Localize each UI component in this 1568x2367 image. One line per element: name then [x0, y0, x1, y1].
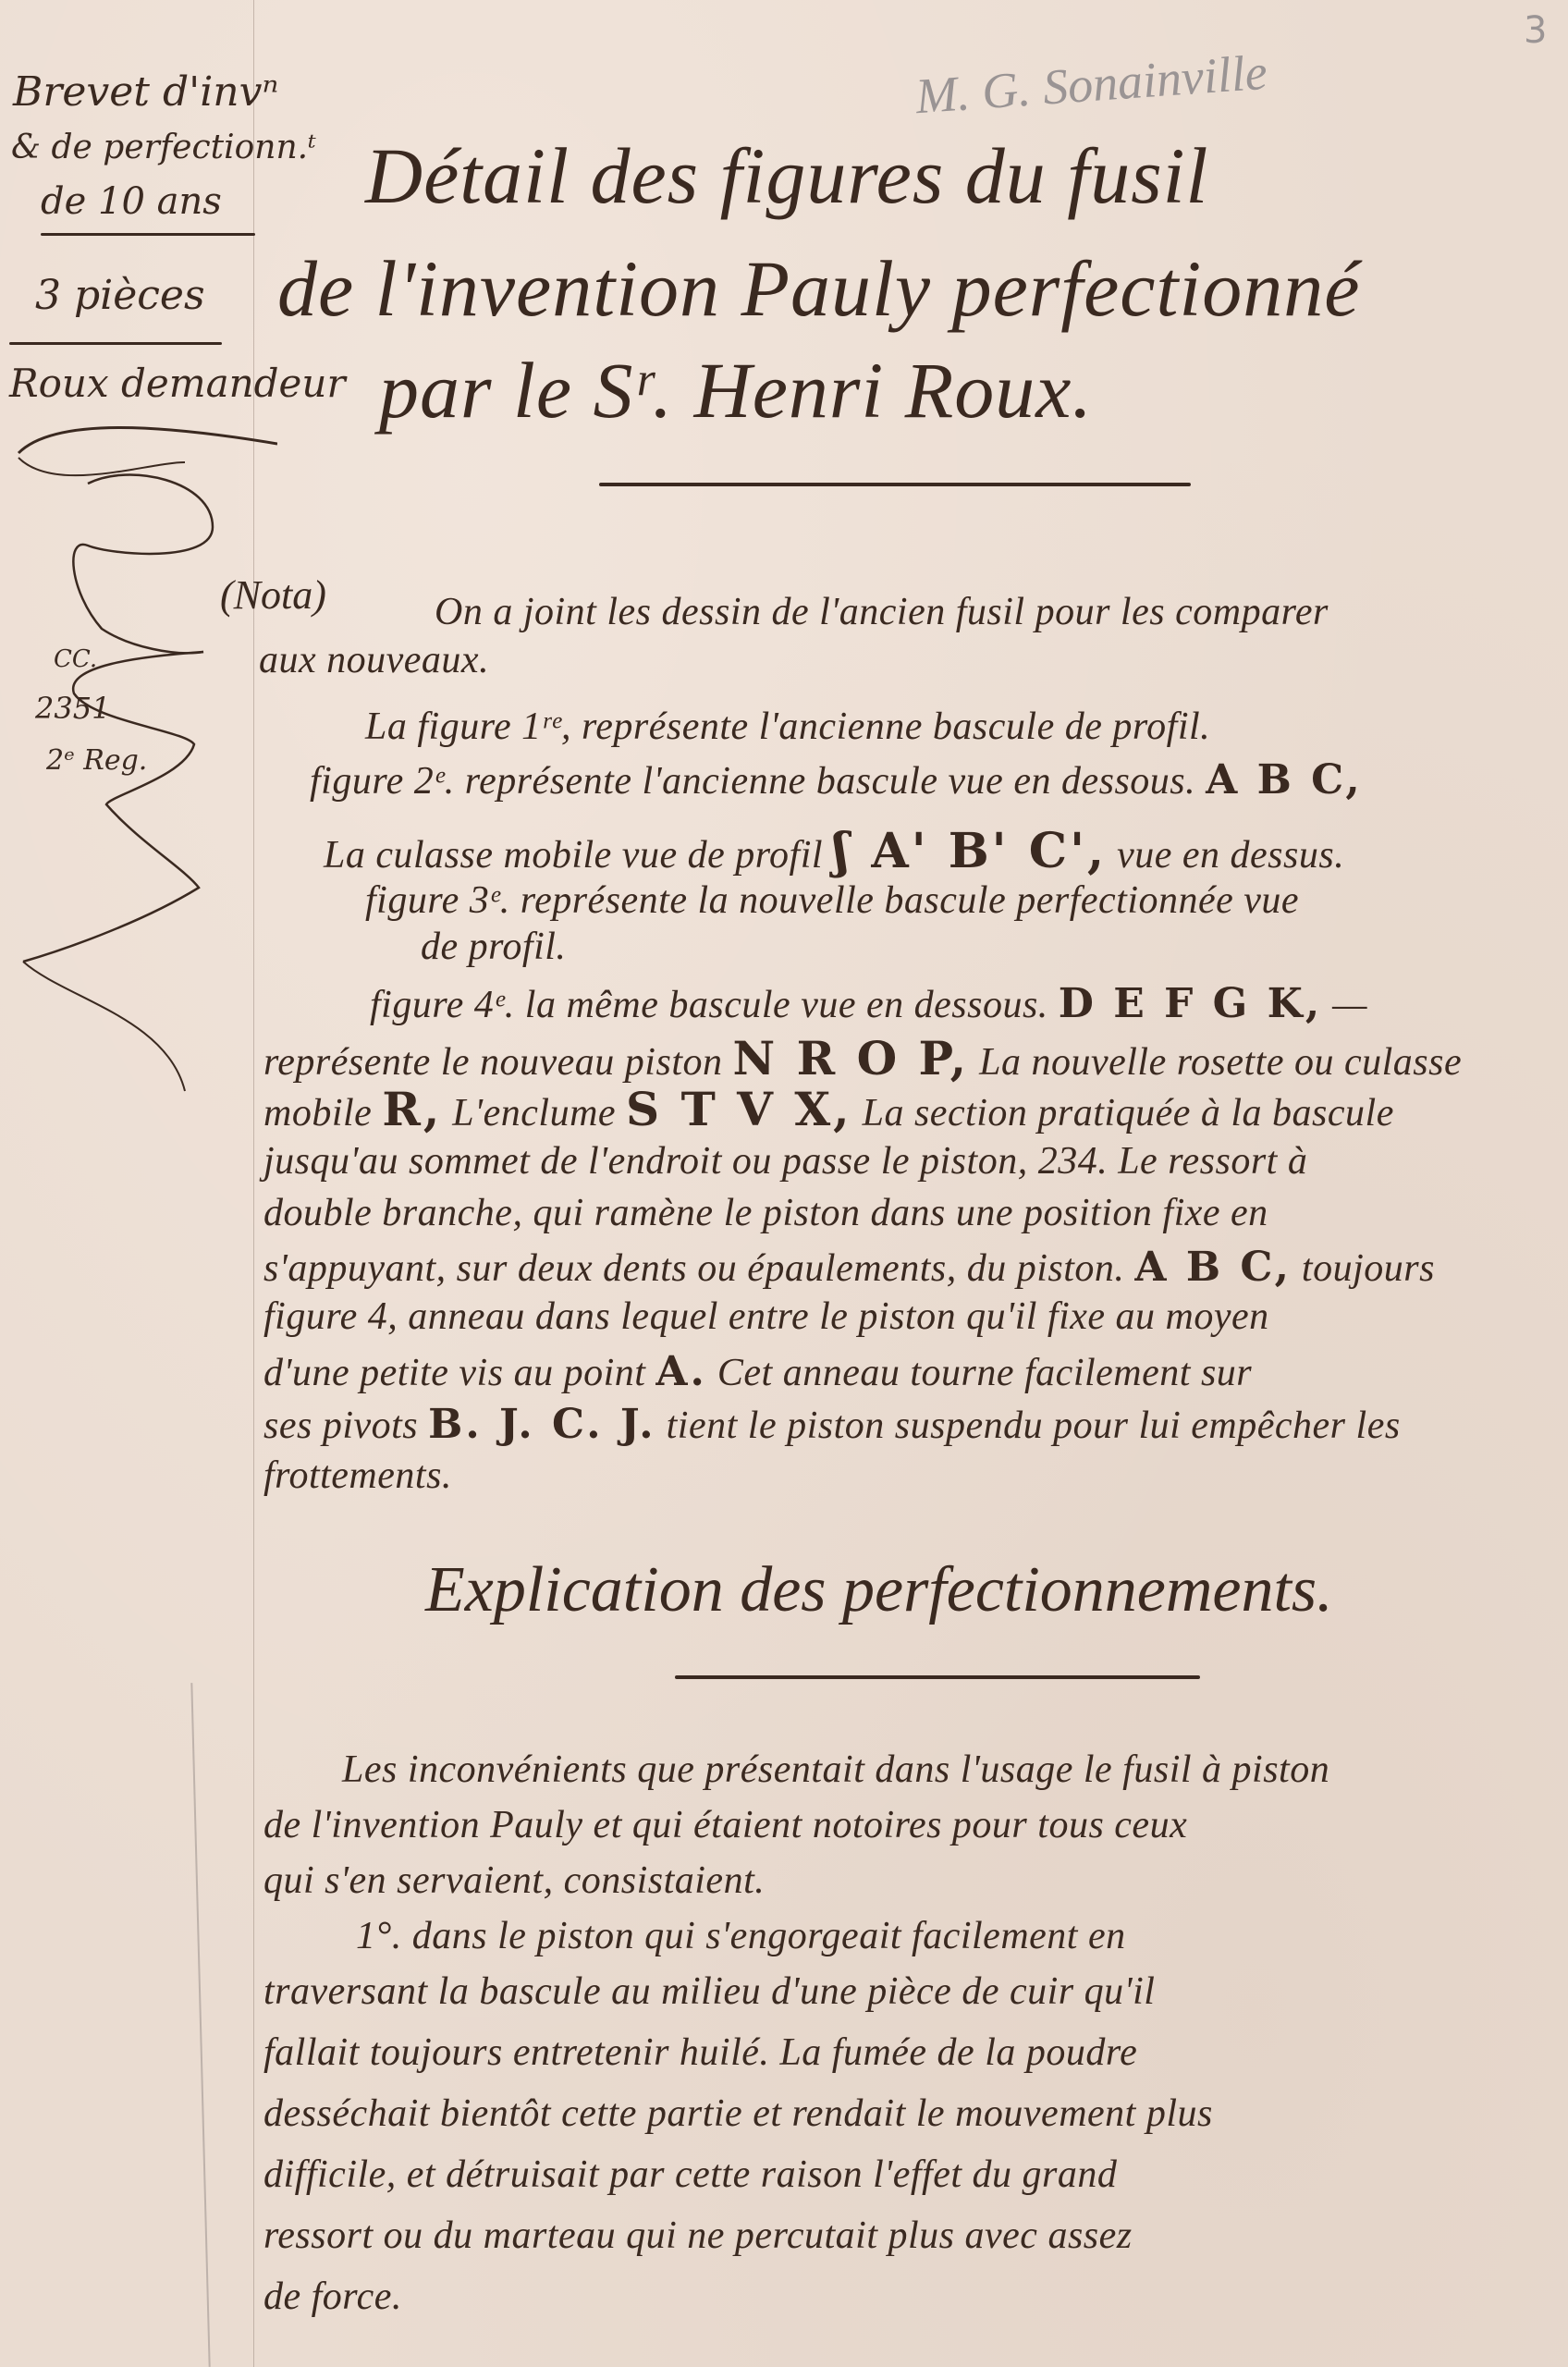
registry-reg: 2ᵉ Reg.	[46, 747, 147, 775]
margin-note-duration: de 10 ans	[41, 183, 222, 220]
figure-line: s'appuyant, sur deux dents ou épaulement…	[263, 1244, 1435, 1291]
figure-line: représente le nouveau piston N R O P, La…	[263, 1031, 1462, 1085]
figure-line: jusqu'au sommet de l'endroit ou passe le…	[263, 1139, 1307, 1183]
registry-number: 2351	[35, 693, 110, 723]
paragraph-line: ressort ou du marteau qui ne percutait p…	[263, 2214, 1133, 2258]
paragraph-line: qui s'en servaient, consistaient.	[263, 1858, 765, 1903]
title-line-2: de l'invention Pauly perfectionné	[277, 242, 1360, 335]
page-number: 3	[1524, 9, 1547, 52]
margin-note-pieces: 3 pièces	[35, 276, 205, 316]
title-line-1: Détail des figures du fusil	[365, 129, 1208, 222]
paragraph-line: traversant la bascule au milieu d'une pi…	[263, 1969, 1155, 2014]
margin-rule-2	[9, 342, 222, 345]
figure-line: La culasse mobile vue de profil ʃ A' B' …	[324, 823, 1344, 879]
paragraph-line: fallait toujours entretenir huilé. La fu…	[263, 2030, 1137, 2075]
figure-line: ses pivots B. J. C. J. tient le piston s…	[263, 1401, 1401, 1448]
nota-label: (Nota)	[220, 571, 326, 619]
figure-line: frottements.	[263, 1453, 452, 1498]
title-line-3: par le Sʳ. Henri Roux.	[379, 344, 1093, 436]
figure-line: d'une petite vis au point A. Cet anneau …	[263, 1348, 1252, 1395]
figure-line: figure 4ᵉ. la même bascule vue en dessou…	[370, 980, 1367, 1027]
paragraph-line: de l'invention Pauly et qui étaient noto…	[263, 1803, 1187, 1847]
paragraph-line: desséchait bientôt cette partie et renda…	[263, 2091, 1213, 2136]
nota-line-2: aux nouveaux.	[259, 638, 489, 682]
paragraph-line: difficile, et détruisait par cette raiso…	[263, 2152, 1117, 2197]
figure-line: figure 2ᵉ. représente l'ancienne bascule…	[310, 756, 1363, 803]
figure-line: de profil.	[421, 925, 566, 969]
figure-line: double branche, qui ramène le piston dan…	[263, 1191, 1268, 1235]
registry-cc: CC.	[54, 647, 97, 671]
margin-note-brevet: Brevet d'invⁿ	[13, 72, 278, 113]
paragraph-line: Les inconvénients que présentait dans l'…	[342, 1748, 1329, 1792]
figure-line: mobile R, L'enclume S T V X, La section …	[263, 1082, 1394, 1136]
margin-note-demandeur: Roux demandeur	[9, 364, 346, 403]
paragraph-line: de force.	[263, 2275, 402, 2319]
nota-line-1: On a joint les dessin de l'ancien fusil …	[435, 590, 1329, 634]
figure-line: figure 4, anneau dans lequel entre le pi…	[263, 1294, 1269, 1339]
margin-rule-1	[41, 233, 255, 236]
figure-line: figure 3ᵉ. représente la nouvelle bascul…	[365, 878, 1299, 923]
section-heading-explication: Explication des perfectionnements.	[425, 1553, 1333, 1627]
margin-rule	[253, 0, 254, 2367]
title-underline	[599, 483, 1191, 486]
paragraph-line: 1°. dans le piston qui s'engorgeait faci…	[356, 1914, 1126, 1958]
section-underline	[675, 1675, 1200, 1679]
margin-note-perfectionnement: & de perfectionn.ᵗ	[11, 131, 316, 165]
figure-line: La figure 1ʳᵉ, représente l'ancienne bas…	[365, 705, 1210, 749]
